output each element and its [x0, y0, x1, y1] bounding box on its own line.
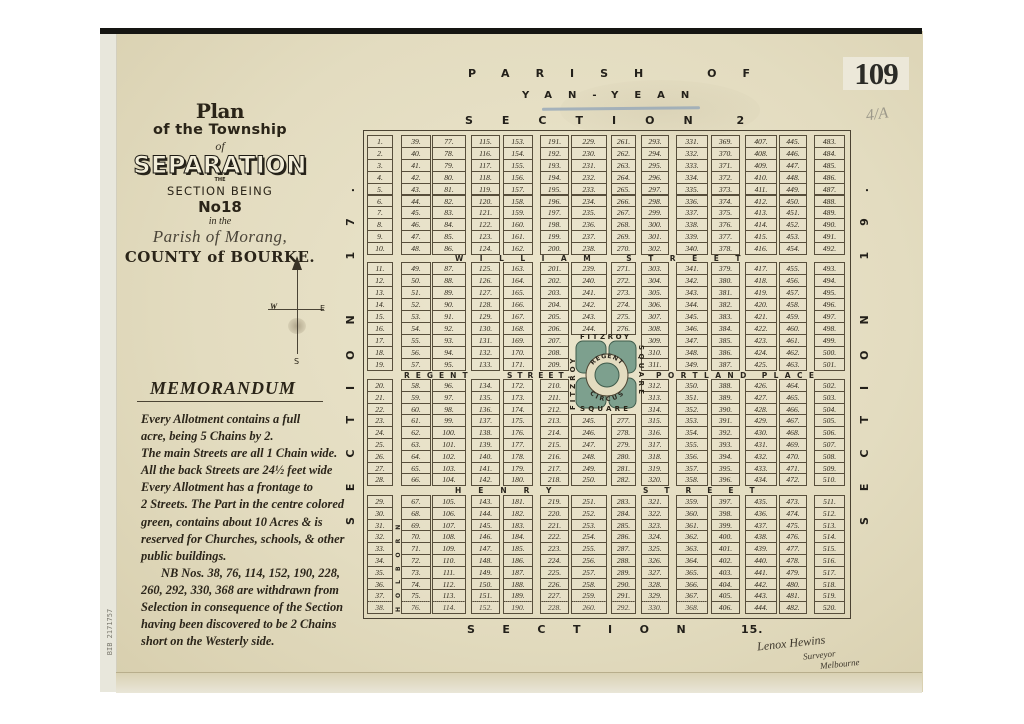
lot-cell: 501.	[814, 358, 845, 371]
lot-cell: 482.	[779, 601, 807, 614]
street-label-holborn: HOLBORN	[395, 516, 402, 612]
lot-cell: 463.	[779, 358, 807, 371]
lot-cell: 95.	[432, 358, 466, 371]
title-parish: Parish of Morang,	[120, 227, 320, 247]
memo-line: 260, 292, 330, 368 are withdrawn from	[141, 582, 356, 599]
lot-cell: 28.	[367, 473, 393, 486]
lot-cell: 260.	[571, 601, 607, 614]
lot-cell: 142.	[471, 473, 500, 486]
lot-cell: 171.	[503, 358, 533, 371]
sheet-bottom-edge	[116, 672, 922, 693]
sheet-top-edge	[100, 28, 922, 34]
compass-south-label: S	[294, 357, 299, 366]
circus-centre	[595, 363, 619, 387]
lot-cell: 218.	[540, 473, 569, 486]
section-number: No18	[120, 198, 320, 217]
lot-cell: 66.	[401, 473, 431, 486]
title-township: of the Township	[120, 122, 320, 139]
memorandum-underline	[137, 401, 323, 402]
lot-cell: 320.	[641, 473, 669, 486]
square-label-top: FITZROY	[580, 333, 632, 341]
memo-line: public buildings.	[141, 548, 356, 565]
street-label-henry: HENRY	[455, 486, 568, 495]
memorandum-text: Every Allotment contains a full acre, be…	[141, 411, 356, 650]
memo-line: All the back Streets are 24½ feet wide	[141, 462, 356, 479]
north-arrow-icon	[292, 256, 302, 270]
lot-cell: 472.	[779, 473, 807, 486]
lot-cell: 520.	[814, 601, 845, 614]
street-label-henry-street: STREET	[643, 486, 771, 495]
township-name: SEPARATION	[120, 153, 320, 177]
square-label-right: SQUARE	[637, 345, 645, 397]
catalogue-stamp: BIB 2171757	[106, 608, 114, 656]
lot-cell: 311.	[641, 358, 669, 371]
title-block: Plan of the Township of SEPARATION THE S…	[120, 100, 320, 267]
street-label-regent: REGENT	[404, 371, 474, 380]
memo-line: Selection in consequence of the Section	[141, 599, 356, 616]
regent-circus-reserve: REGENT CIRCUS	[572, 334, 642, 414]
memo-line: NB Nos. 38, 76, 114, 152, 190, 228,	[141, 565, 356, 582]
title-section-being: SECTION BEING	[120, 184, 320, 198]
lot-cell: 209.	[540, 358, 569, 371]
title-county: COUNTY of BOURKE.	[120, 247, 320, 267]
lot-cell: 104.	[432, 473, 466, 486]
lot-cell: 444.	[745, 601, 777, 614]
memo-line: Every Allotment contains a full	[141, 411, 356, 428]
lot-cell: 19.	[367, 358, 393, 371]
parish-name: YAN-YEAN	[522, 90, 705, 101]
lot-cell: 228.	[540, 601, 569, 614]
memo-line: short on the Westerly side.	[141, 633, 356, 650]
lot-cell: 133.	[471, 358, 500, 371]
section-south-number: 15.	[741, 623, 764, 636]
lot-cell: 10.	[367, 242, 393, 255]
lot-cell: 38.	[367, 601, 393, 614]
lot-cell: 510.	[814, 473, 845, 486]
memo-line: green, contains about 10 Acres & is	[141, 514, 356, 531]
compass-east-label: E	[320, 304, 325, 313]
lot-cell: 292.	[611, 601, 636, 614]
section-south-label: SECTION	[467, 623, 713, 636]
memo-line: acre, being 5 Chains by 2.	[141, 428, 356, 445]
lot-cell: 152.	[471, 601, 500, 614]
mount-strip	[100, 34, 117, 692]
street-label-portland-place: PORTLAND PLACE	[656, 371, 820, 380]
lot-cell: 349.	[676, 358, 708, 371]
section-west-label: SECTION 17.	[344, 162, 357, 525]
lot-cell: 250.	[571, 473, 607, 486]
lot-cell: 387.	[711, 358, 740, 371]
lot-cell: 406.	[711, 601, 740, 614]
lot-cell: 330.	[641, 601, 669, 614]
memo-line: reserved for Churches, schools, & other	[141, 531, 356, 548]
street-label-william: WILLIAM STREET	[455, 254, 757, 263]
lot-cell: 434.	[745, 473, 777, 486]
lot-cell: 282.	[611, 473, 636, 486]
lot-cell: 180.	[503, 473, 533, 486]
lot-cell: 190.	[503, 601, 533, 614]
lot-cell: 368.	[676, 601, 708, 614]
section-north-label: SECTION 2	[465, 114, 773, 127]
compass-west-label: W	[270, 302, 277, 311]
lot-cell: 425.	[745, 358, 777, 371]
memo-line: having been discovered to be 2 Chains	[141, 616, 356, 633]
lot-cell: 57.	[401, 358, 431, 371]
street-label-regent-street: STREET.	[507, 371, 575, 380]
memo-line: Every Allotment has a frontage to	[141, 479, 356, 496]
section-east-label: SECTION 19.	[858, 162, 871, 525]
lot-cell: 396.	[711, 473, 740, 486]
memo-line: 2 Streets. The Part in the centre colore…	[141, 496, 356, 513]
parish-heading: PARISH OF	[468, 67, 776, 80]
lot-cell: 492.	[814, 242, 845, 255]
plate-number: 109	[843, 57, 909, 90]
title-in-the: in the	[120, 217, 320, 227]
memorandum-heading: MEMORANDUM	[150, 378, 296, 399]
square-label-left: FITZROY	[569, 356, 577, 410]
lot-cell: 358.	[676, 473, 708, 486]
lot-cell: 454.	[779, 242, 807, 255]
compass-north-south-line	[297, 258, 298, 354]
lot-cell: 114.	[432, 601, 466, 614]
memo-line: The main Streets are all 1 Chain wide.	[141, 445, 356, 462]
square-label-bottom: SQUARE	[580, 405, 631, 413]
pencil-note: 4/A	[865, 105, 890, 126]
lot-cell: 76.	[401, 601, 431, 614]
title-plan: Plan	[120, 100, 320, 122]
lot-cell: 48.	[401, 242, 431, 255]
